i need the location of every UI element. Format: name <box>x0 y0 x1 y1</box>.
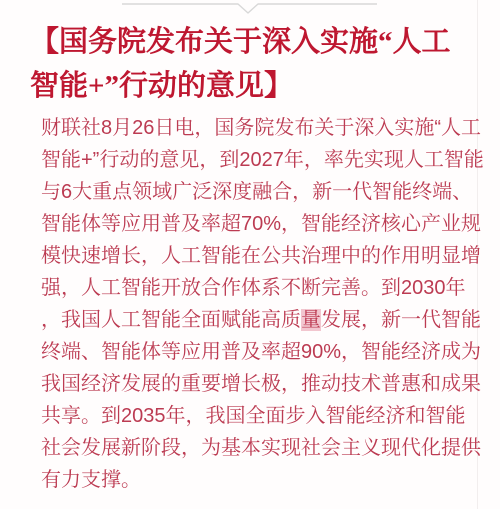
body-text-segment: 发展，新一代智能 <box>321 309 481 331</box>
body-line: 共享。到2035年，我国全面步入智能经济和智能 <box>41 400 471 432</box>
body-line: 模快速增长，人工智能在公共治理中的作用明显增 <box>41 240 471 272</box>
body-line: 智能+”行动的意见，到2027年，率先实现人工智能 <box>41 144 471 176</box>
highlighted-keyword: 量 <box>301 309 321 331</box>
body-line: 有力支撑。 <box>41 464 471 496</box>
body-line: 终端、智能体等应用普及率超90%，智能经济成为 <box>41 336 471 368</box>
article-body: 财联社8月26日电，国务院发布关于深入实施“人工 智能+”行动的意见，到2027… <box>41 112 471 496</box>
body-line: 我国经济发展的重要增长极，推动技术普惠和成果 <box>41 368 471 400</box>
body-text-segment: ，我国人工智能全面赋能高质 <box>41 309 301 331</box>
body-line: 智能体等应用普及率超70%，智能经济核心产业规 <box>41 208 471 240</box>
body-line-with-highlight: ，我国人工智能全面赋能高质量发展，新一代智能 <box>41 304 471 336</box>
body-line: 与6大重点领域广泛深度融合，新一代智能终端、 <box>41 176 471 208</box>
body-line: 社会发展新阶段，为基本实现社会主义现代化提供 <box>41 432 471 464</box>
section-divider-down-chevron <box>0 0 500 16</box>
body-line: 强，人工智能开放合作体系不断完善。到2030年 <box>41 272 471 304</box>
body-line: 财联社8月26日电，国务院发布关于深入实施“人工 <box>41 112 471 144</box>
article-title: 【国务院发布关于深入实施“人工 智能+”行动的意见】 <box>30 20 480 108</box>
